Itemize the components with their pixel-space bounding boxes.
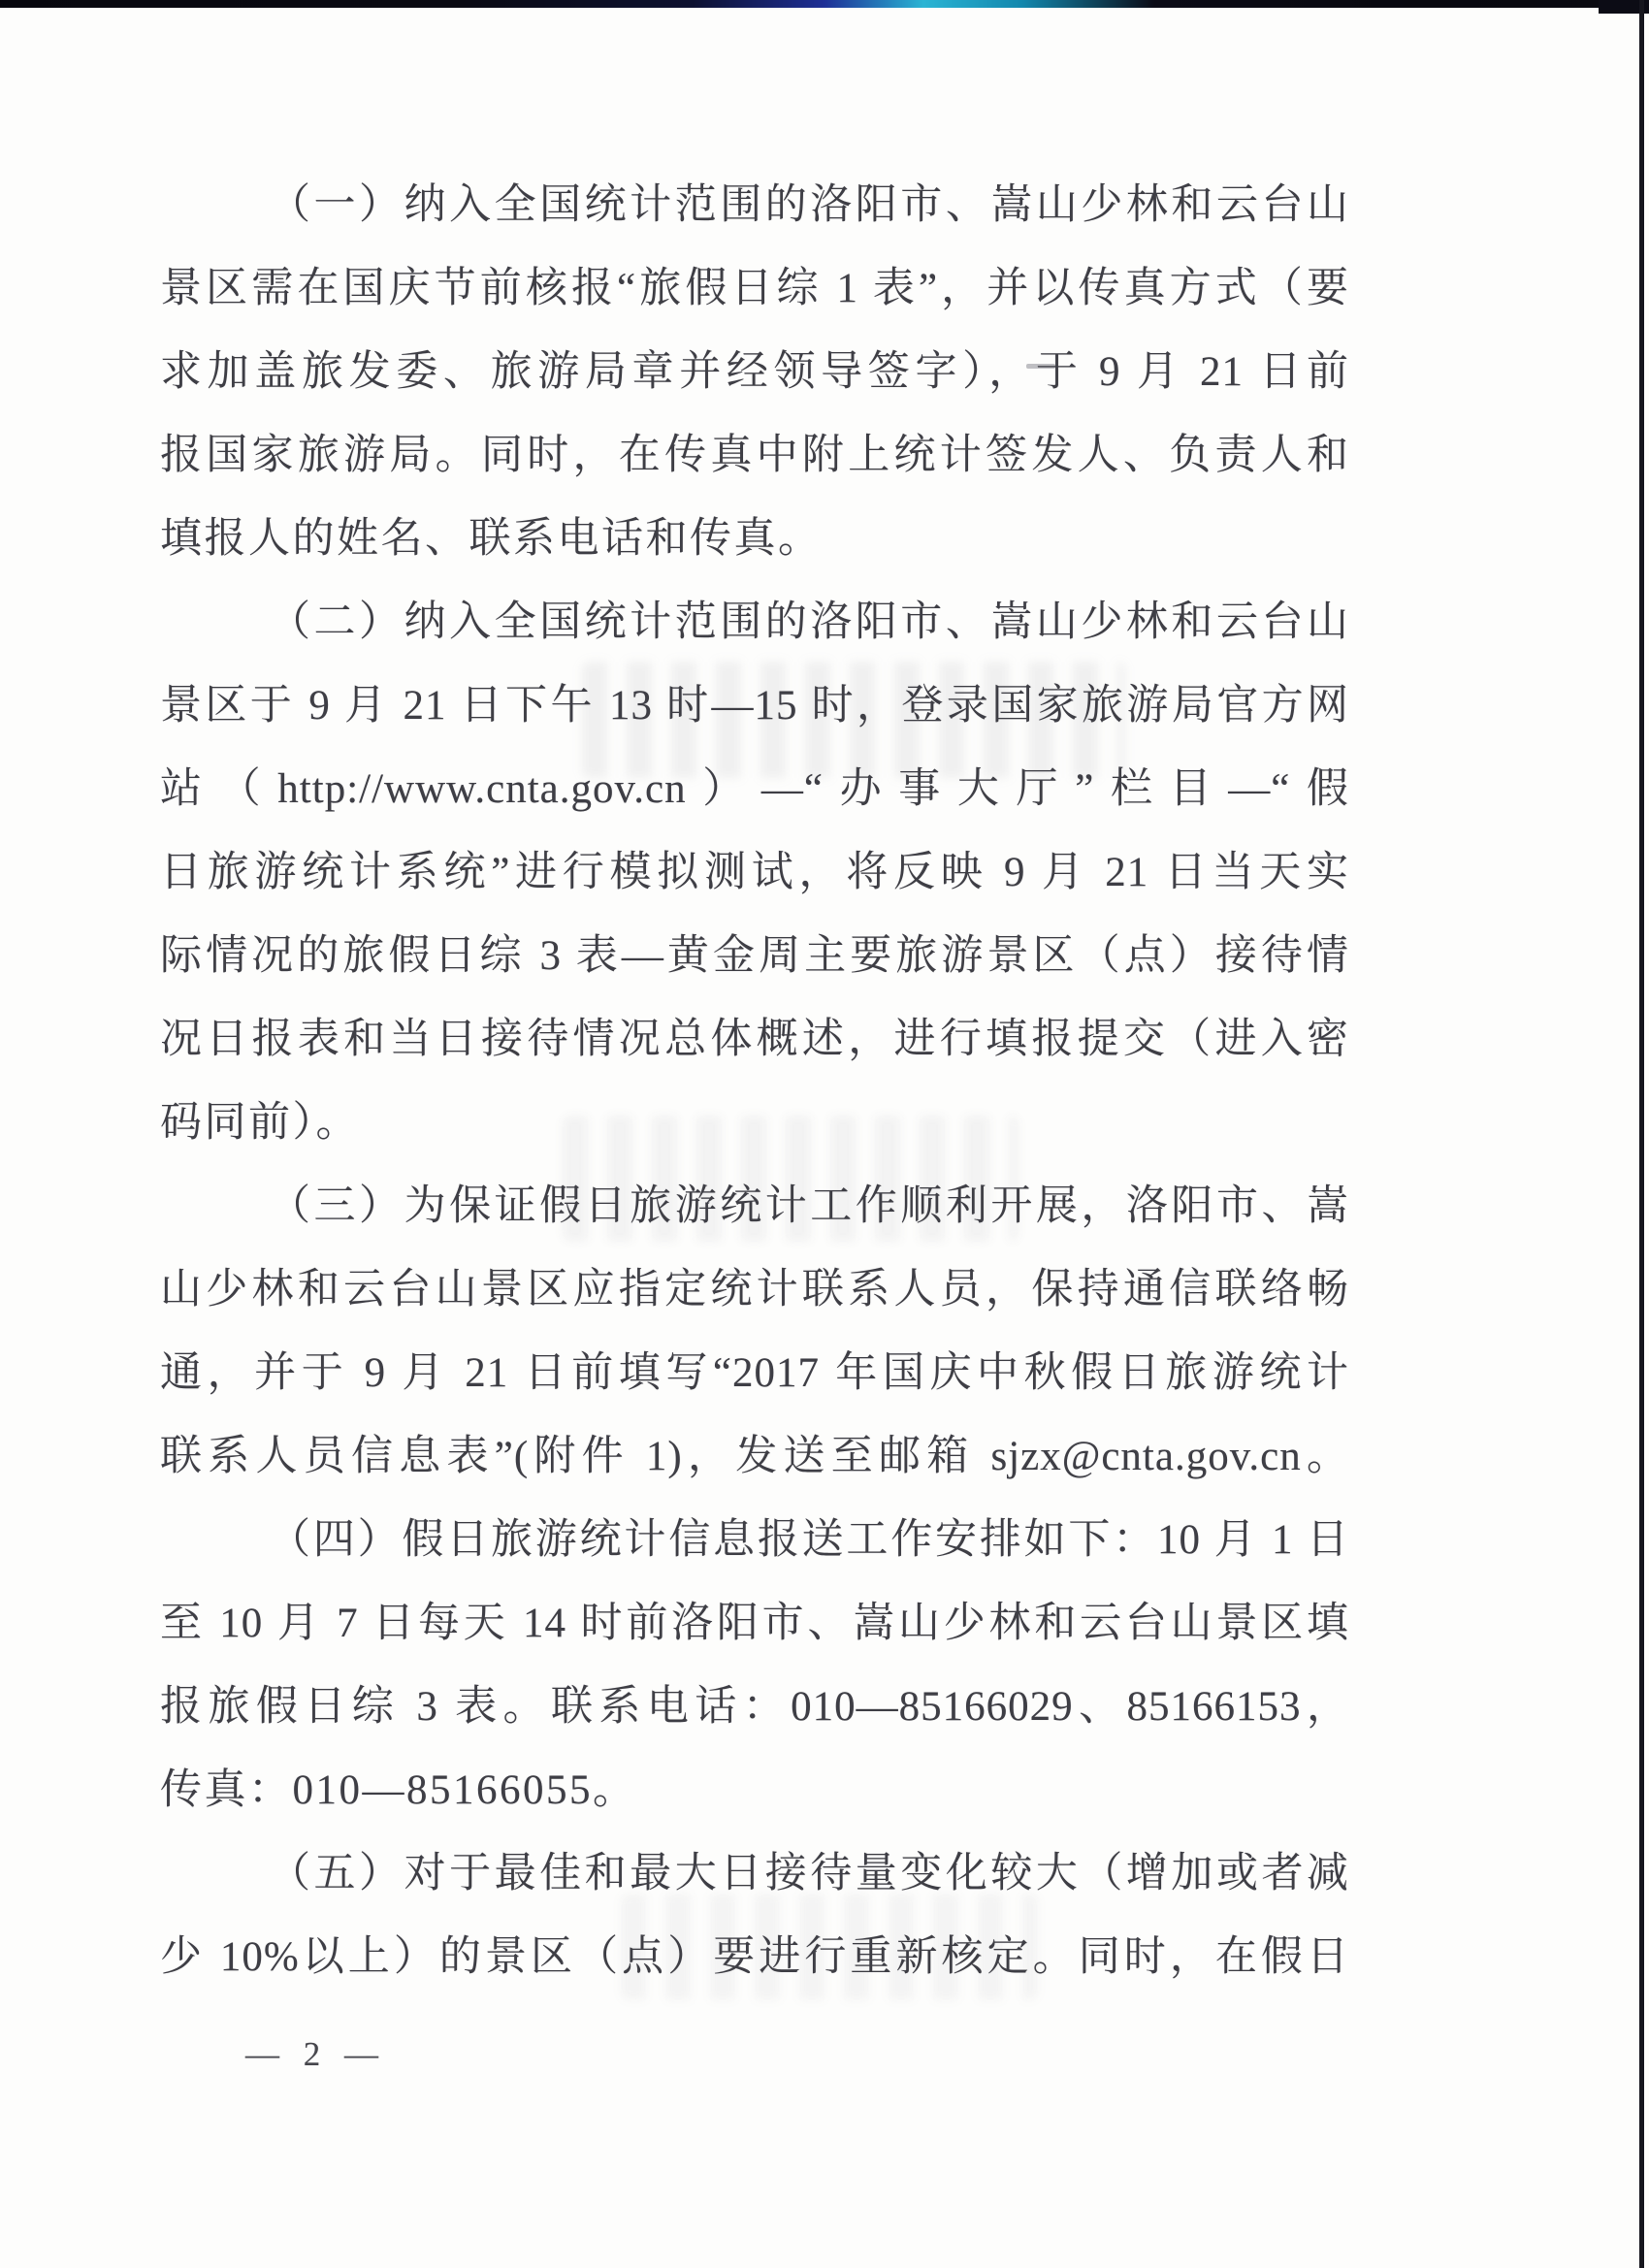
body-line: 求加盖旅发委、旅游局章并经领导签字），于 9 月 21 日前 xyxy=(160,331,1349,414)
body-line: （三）为保证假日旅游统计工作顺利开展，洛阳市、嵩 xyxy=(160,1165,1349,1248)
body-line: 际情况的旅假日综 3 表—黄金周主要旅游景区（点）接待情 xyxy=(160,915,1349,998)
scan-artifact-right-edge xyxy=(1639,0,1644,2268)
body-line: 站（http://www.cnta.gov.cn）—“办事大厅”栏目—“假 xyxy=(160,748,1349,831)
body-line: （五）对于最佳和最大日接待量变化较大（增加或者减 xyxy=(160,1832,1349,1916)
body-line: 少 10%以上）的景区（点）要进行重新核定。同时，在假日 xyxy=(160,1916,1349,1999)
body-line: 码同前）。 xyxy=(160,1082,1349,1165)
body-line: 山少林和云台山景区应指定统计联系人员，保持通信联络畅 xyxy=(160,1248,1349,1332)
body-line: 通，并于 9 月 21 日前填写“2017 年国庆中秋假日旅游统计 xyxy=(160,1332,1349,1415)
body-line: 联系人员信息表”(附件 1)，发送至邮箱 sjzx@cnta.gov.cn。 xyxy=(160,1415,1349,1499)
page-number: — 2 — xyxy=(245,2035,386,2074)
scan-artifact-top-edge xyxy=(0,0,1649,8)
body-line: 日旅游统计系统”进行模拟测试，将反映 9 月 21 日当天实 xyxy=(160,831,1349,915)
body-line: 报旅假日综 3 表。联系电话：010—85166029、85166153， xyxy=(160,1666,1349,1749)
body-line: 景区需在国庆节前核报“旅假日综 1 表”，并以传真方式（要 xyxy=(160,247,1349,331)
body-line: 至 10 月 7 日每天 14 时前洛阳市、嵩山少林和云台山景区填 xyxy=(160,1582,1349,1666)
body-line: 传真：010—85166055。 xyxy=(160,1749,1349,1832)
body-line: （二）纳入全国统计范围的洛阳市、嵩山少林和云台山 xyxy=(160,581,1349,664)
body-line: 景区于 9 月 21 日下午 13 时—15 时，登录国家旅游局官方网 xyxy=(160,664,1349,748)
body-line: （一）纳入全国统计范围的洛阳市、嵩山少林和云台山 xyxy=(160,164,1349,247)
body-line: （四）假日旅游统计信息报送工作安排如下：10 月 1 日 xyxy=(160,1499,1349,1582)
body-line: 填报人的姓名、联系电话和传真。 xyxy=(160,498,1349,581)
body-line: 报国家旅游局。同时，在传真中附上统计签发人、负责人和 xyxy=(160,414,1349,498)
scanned-document-page: （一）纳入全国统计范围的洛阳市、嵩山少林和云台山 景区需在国庆节前核报“旅假日综… xyxy=(0,0,1649,2268)
body-line: 况日报表和当日接待情况总体概述，进行填报提交（进入密 xyxy=(160,998,1349,1082)
document-body: （一）纳入全国统计范围的洛阳市、嵩山少林和云台山 景区需在国庆节前核报“旅假日综… xyxy=(160,164,1349,1999)
